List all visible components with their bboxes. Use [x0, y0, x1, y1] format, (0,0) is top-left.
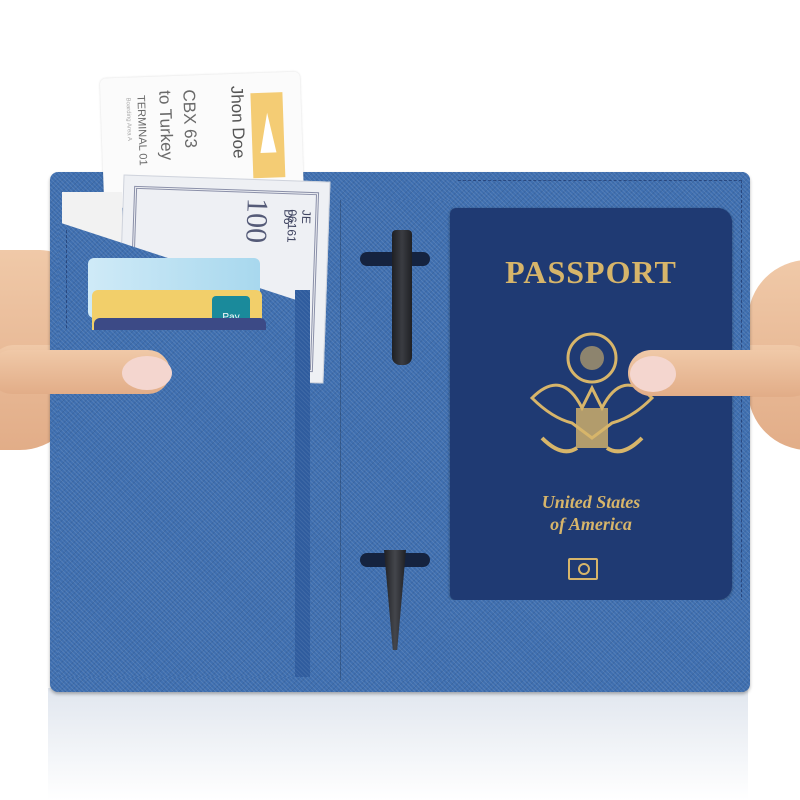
boarding-pass-terminal: TERMINAL 01: [134, 95, 148, 166]
boarding-pass-flight: CBX 63: [178, 89, 200, 148]
bill-denomination: 100: [238, 198, 274, 244]
passport-country-line2: of America: [450, 514, 732, 535]
left-thumbnail-front: [122, 356, 172, 390]
boarding-pass-fine-print: Boarding Area A: [124, 97, 132, 141]
eagle-seal-icon: [522, 328, 662, 478]
bill-series-code: D6: [281, 209, 296, 225]
right-thumbnail-front: [630, 356, 676, 392]
boarding-pass-destination: to Turkey: [154, 90, 176, 161]
wallet-reflection: [48, 688, 748, 800]
passport[interactable]: PASSPORT United States of America: [450, 208, 732, 600]
boarding-pass-name: Jhon Doe: [226, 85, 249, 158]
passport-country-line1: United States: [450, 492, 732, 513]
airline-logo-icon: [250, 92, 285, 178]
pen-clip[interactable]: [392, 230, 412, 365]
card-pocket-edge: [295, 290, 310, 677]
biometric-chip-icon: [568, 558, 598, 580]
passport-title: PASSPORT: [450, 254, 732, 291]
passport-pocket: [450, 600, 750, 680]
